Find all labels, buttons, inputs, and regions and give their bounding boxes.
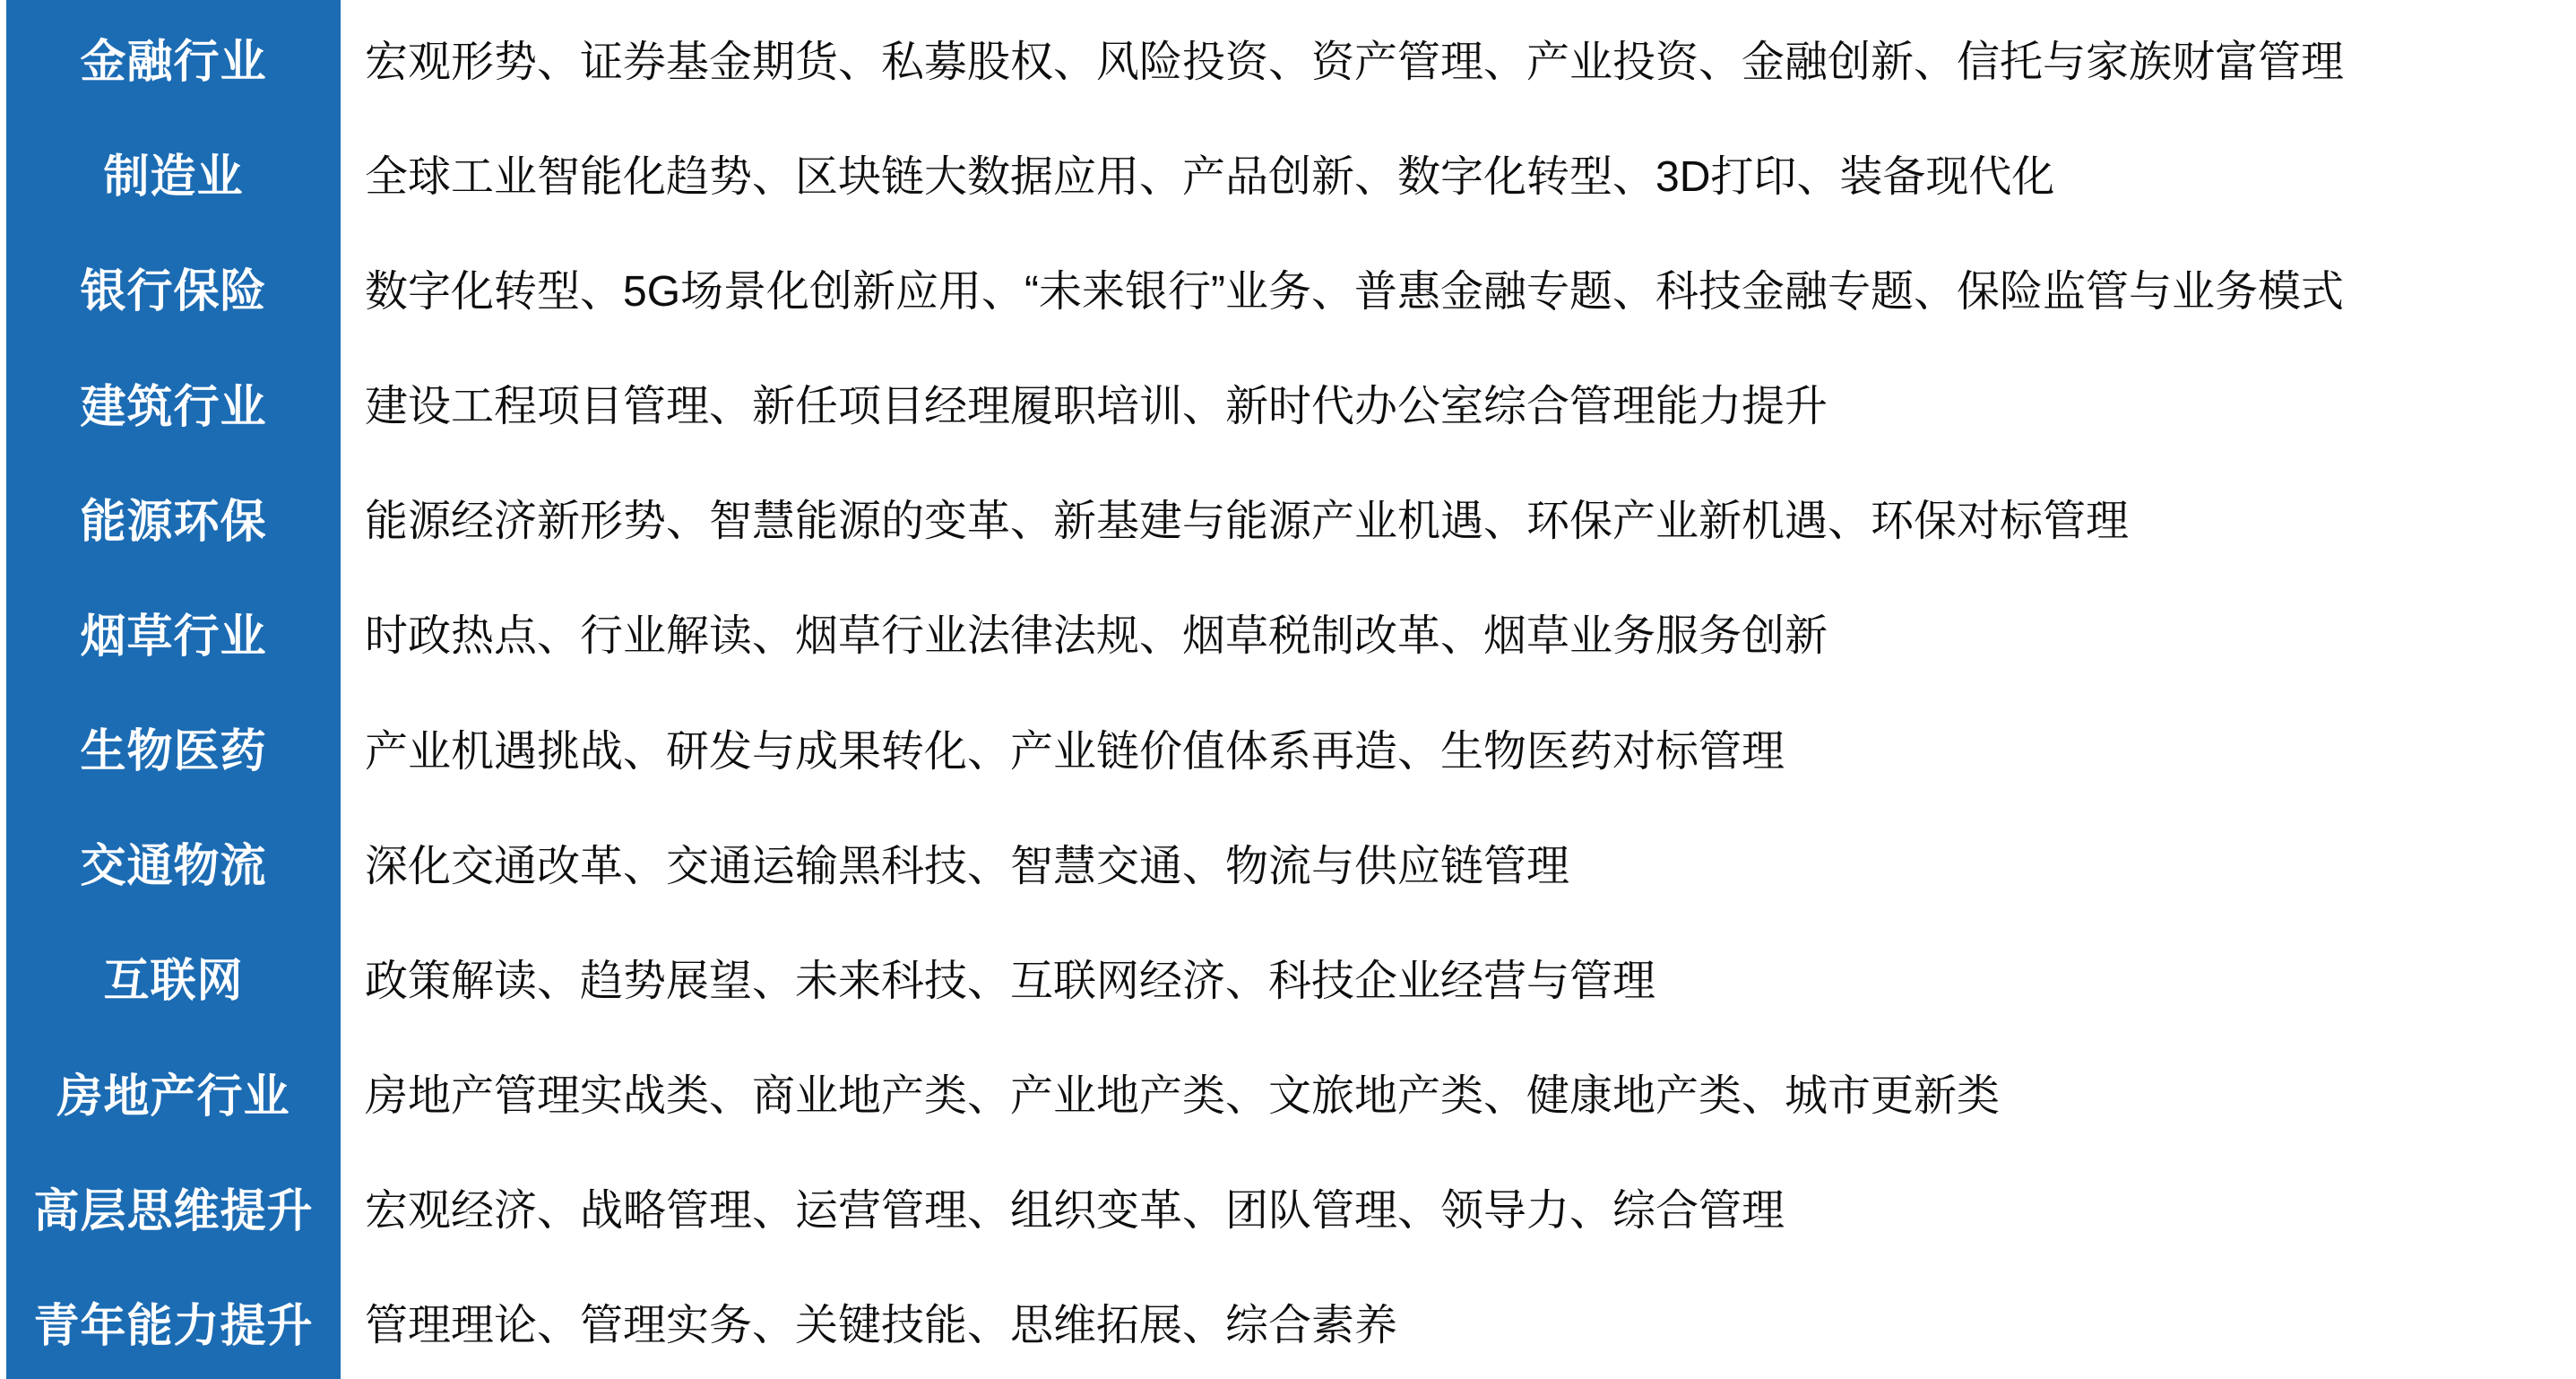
topic-list: 深化交通改革、交通运输黑科技、智慧交通、物流与供应链管理 [341, 804, 2576, 919]
topic-list: 全球工业智能化趋势、区块链大数据应用、产品创新、数字化转型、3D打印、装备现代化 [341, 115, 2576, 230]
topic-list: 政策解读、趋势展望、未来科技、互联网经济、科技企业经营与管理 [341, 919, 2576, 1034]
topic-list: 房地产管理实战类、商业地产类、产业地产类、文旅地产类、健康地产类、城市更新类 [341, 1035, 2576, 1149]
category-label: 金融行业 [6, 0, 341, 115]
category-topic-grid: 金融行业 宏观形势、证券基金期货、私募股权、风险投资、资产管理、产业投资、金融创… [6, 0, 2576, 1379]
topic-list: 产业机遇挑战、研发与成果转化、产业链价值体系再造、生物医药对标管理 [341, 689, 2576, 804]
topic-list: 时政热点、行业解读、烟草行业法律法规、烟草税制改革、烟草业务服务创新 [341, 575, 2576, 689]
topic-list: 宏观经济、战略管理、运营管理、组织变革、团队管理、领导力、综合管理 [341, 1149, 2576, 1264]
category-label: 建筑行业 [6, 345, 341, 460]
topic-list: 建设工程项目管理、新任项目经理履职培训、新时代办公室综合管理能力提升 [341, 345, 2576, 460]
category-label: 烟草行业 [6, 575, 341, 689]
category-label: 银行保险 [6, 230, 341, 344]
category-label: 青年能力提升 [6, 1264, 341, 1379]
category-label: 生物医药 [6, 689, 341, 804]
category-label: 能源环保 [6, 460, 341, 575]
category-label: 高层思维提升 [6, 1149, 341, 1264]
course-category-table: 金融行业 宏观形势、证券基金期货、私募股权、风险投资、资产管理、产业投资、金融创… [0, 0, 2576, 1379]
topic-list: 宏观形势、证券基金期货、私募股权、风险投资、资产管理、产业投资、金融创新、信托与… [341, 0, 2576, 115]
category-label: 制造业 [6, 115, 341, 230]
category-label: 交通物流 [6, 804, 341, 919]
topic-list: 能源经济新形势、智慧能源的变革、新基建与能源产业机遇、环保产业新机遇、环保对标管… [341, 460, 2576, 575]
category-label: 互联网 [6, 919, 341, 1034]
topic-list: 数字化转型、5G场景化创新应用、“未来银行”业务、普惠金融专题、科技金融专题、保… [341, 230, 2576, 344]
category-label: 房地产行业 [6, 1035, 341, 1149]
topic-list: 管理理论、管理实务、关键技能、思维拓展、综合素养 [341, 1264, 2576, 1379]
